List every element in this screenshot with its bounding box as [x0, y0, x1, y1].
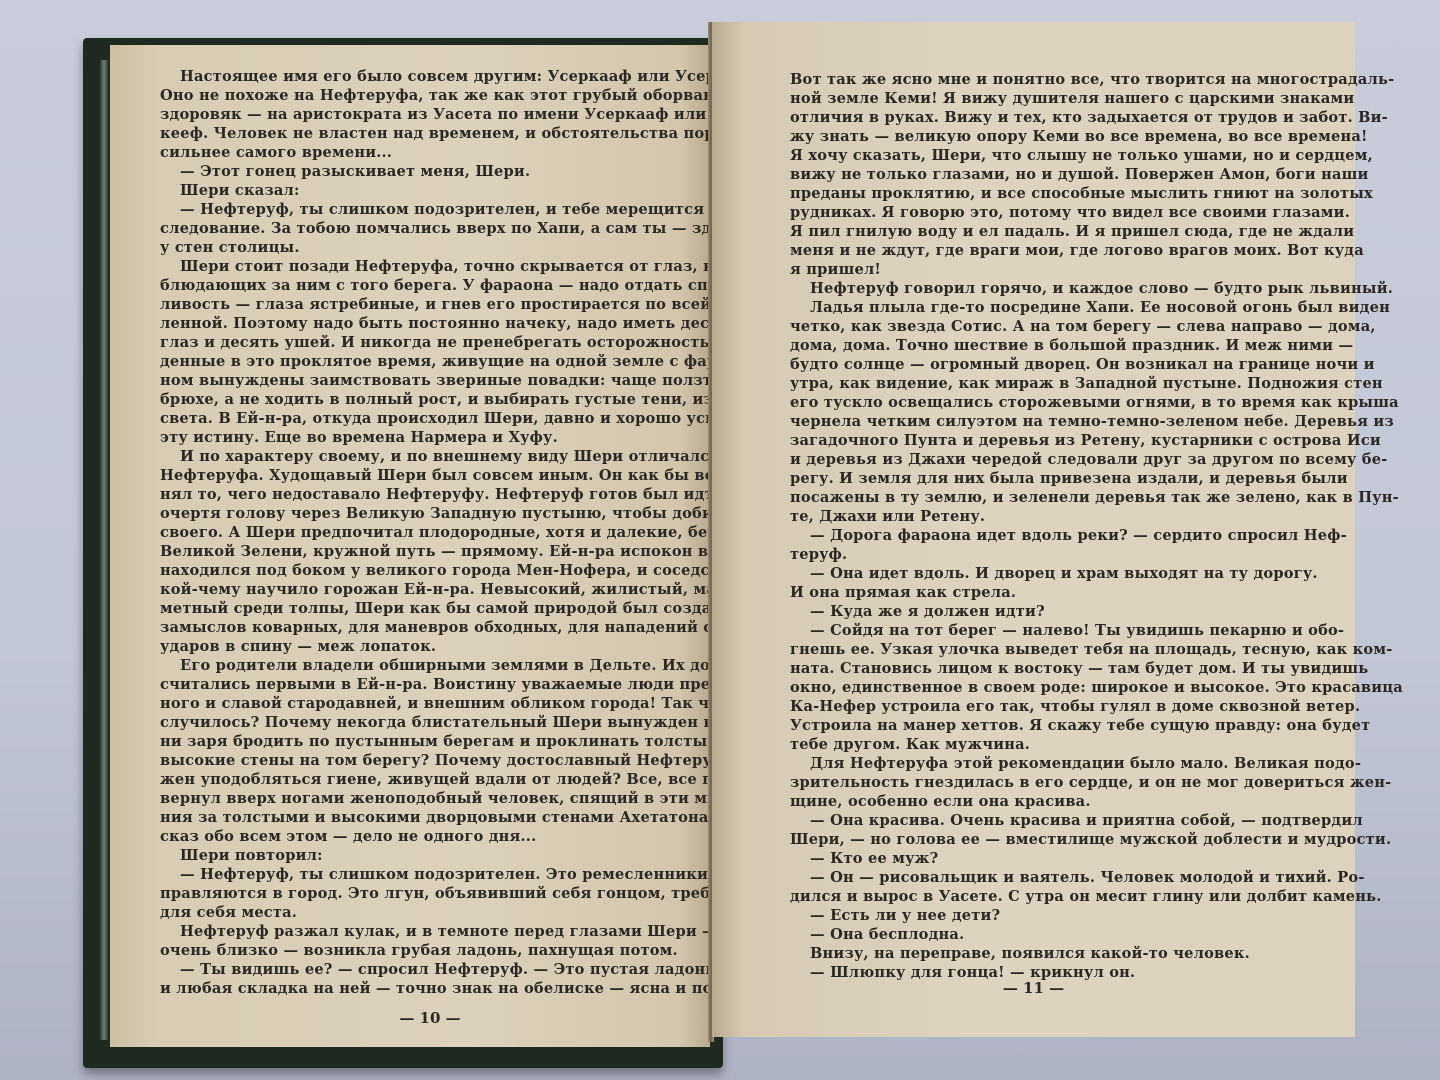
text-line: Ладья плыла где-то посредине Хапи. Ее но…	[790, 298, 1275, 317]
text-line: И она прямая как стрела.	[790, 583, 1275, 602]
text-line: рудниках. Я говорю это, потому что видел…	[790, 203, 1275, 222]
text-line: отличия в руках. Вижу и тех, кто задыхае…	[790, 108, 1275, 127]
text-line: Настоящее имя его было совсем другим: Ус…	[160, 67, 670, 86]
text-line: жен уподобляться гиене, живущей вдали от…	[160, 770, 670, 789]
text-line: Нефтеруф разжал кулак, и в темноте перед…	[160, 922, 670, 941]
text-line: те, Джахи или Ретену.	[790, 507, 1275, 526]
text-line: у стен столицы.	[160, 238, 670, 257]
text-line: — Ты видишь ее? — спросил Нефтеруф. — Эт…	[160, 960, 670, 979]
text-line: — Она идет вдоль. И дворец и храм выходя…	[790, 564, 1275, 583]
text-line: я пришел!	[790, 260, 1275, 279]
text-line: блюдающих за ним с того берега. У фараон…	[160, 276, 670, 295]
text-line: — Дорога фараона идет вдоль реки? — серд…	[790, 526, 1275, 545]
text-line: высокие стены на том берегу? Почему дост…	[160, 751, 670, 770]
text-line: кееф. Человек не властен над временем, и…	[160, 124, 670, 143]
text-line: — Она бесплодна.	[790, 925, 1275, 944]
text-line: замыслов коварных, для маневров обходных…	[160, 618, 670, 637]
text-line: — Есть ли у нее дети?	[790, 906, 1275, 925]
text-line: ной земле Кеми! Я вижу душителя нашего с…	[790, 89, 1275, 108]
text-line: ударов в спину — меж лопаток.	[160, 637, 670, 656]
text-line: считались первыми в Ей-н-ра. Воистину ув…	[160, 675, 670, 694]
text-line: очень близко — возникла грубая ладонь, п…	[160, 941, 670, 960]
text-line: — Этот гонец разыскивает меня, Шери.	[160, 162, 670, 181]
text-line: будто солнце — огромный дворец. Он возни…	[790, 355, 1275, 374]
text-line: Нефтеруфа. Худощавый Шери был совсем ины…	[160, 466, 670, 485]
text-line: здоровяк — на аристократа из Уасета по и…	[160, 105, 670, 124]
text-line: ном вынуждены заимствовать звериные пова…	[160, 371, 670, 390]
text-line: Оно не похоже на Нефтеруфа, так же как э…	[160, 86, 670, 105]
text-line: тебе другом. Как мужчина.	[790, 735, 1275, 754]
text-line: — Он — рисовальщик и ваятель. Человек мо…	[790, 868, 1275, 887]
text-line: ния за толстыми и высокими дворцовыми ст…	[160, 808, 670, 827]
text-line: Его родители владели обширными землями в…	[160, 656, 670, 675]
text-line: четко, как звезда Сотис. А на том берегу…	[790, 317, 1275, 336]
text-line: — Нефтеруф, ты слишком подозрителен, и т…	[160, 200, 670, 219]
text-line: сильнее самого времени...	[160, 143, 670, 162]
text-line: эту истину. Еще во времена Нармера и Хуф…	[160, 428, 670, 447]
text-line: и деревья из Джахи чередой следовали дру…	[790, 450, 1275, 469]
text-line: окно, единственное в своем роде: широкое…	[790, 678, 1275, 697]
text-line: брюхе, а не ходить в полный рост, и выби…	[160, 390, 670, 409]
page-number-left: — 10 —	[150, 1009, 710, 1027]
text-line: дома, дома. Точно шествие в большой праз…	[790, 336, 1275, 355]
text-line: И по характеру своему, и по внешнему вид…	[160, 447, 670, 466]
text-line: следование. За тобою помчались вверх по …	[160, 219, 670, 238]
text-line: Нефтеруф говорил горячо, и каждое слово …	[790, 279, 1275, 298]
text-line: очертя голову через Великую Западную пус…	[160, 504, 670, 523]
text-line: щине, особенно если она красива.	[790, 792, 1275, 811]
text-line: Вот так же ясно мне и понятно все, что т…	[790, 70, 1275, 89]
text-line: регу. И земля для них была привезена изд…	[790, 469, 1275, 488]
text-line: ната. Становись лицом к востоку — там бу…	[790, 659, 1275, 678]
text-line: преданы проклятию, и все способные мысли…	[790, 184, 1275, 203]
text-line: его тускло освещались сторожевыми огнями…	[790, 393, 1275, 412]
text-line: вернул вверх ногами женоподобный человек…	[160, 789, 670, 808]
text-line: Шери повторил:	[160, 846, 670, 865]
page-number-right: — 11 —	[712, 979, 1355, 997]
left-page: Настоящее имя его было совсем другим: Ус…	[110, 45, 710, 1047]
right-page: Вот так же ясно мне и понятно все, что т…	[712, 22, 1355, 1037]
text-line: Устроила на манер хеттов. Я скажу тебе с…	[790, 716, 1275, 735]
text-line: сказ обо всем этом — дело не одного дня.…	[160, 827, 670, 846]
text-line: загадочного Пунта и деревья из Ретену, к…	[790, 431, 1275, 450]
text-line: находился под боком у великого города Ме…	[160, 561, 670, 580]
text-line: дился и вырос в Уасете. С утра он месит …	[790, 887, 1275, 906]
text-line: Великой Зелени, кружной путь — прямому. …	[160, 542, 670, 561]
text-line: — Куда же я должен идти?	[790, 602, 1275, 621]
text-line: — Сойдя на тот берег — налево! Ты увидиш…	[790, 621, 1275, 640]
text-line: ленной. Поэтому надо быть постоянно наче…	[160, 314, 670, 333]
text-line: вижу не только глазами, но и душой. Пове…	[790, 165, 1275, 184]
text-line: ливость — глаза ястребиные, и гнев его п…	[160, 295, 670, 314]
text-line: Я хочу сказать, Шери, что слышу не тольк…	[790, 146, 1275, 165]
right-page-text: Вот так же ясно мне и понятно все, что т…	[790, 70, 1275, 982]
cover-spine-edge	[100, 60, 108, 1040]
text-line: кой-чему научило горожан Ей-н-ра. Невысо…	[160, 580, 670, 599]
text-line: гнешь ее. Узкая улочка выведет тебя на п…	[790, 640, 1275, 659]
text-line: посажены в ту землю, и зеленели деревья …	[790, 488, 1275, 507]
text-line: правляются в город. Это лгун, объявивший…	[160, 884, 670, 903]
text-line: жу знать — великую опору Кеми во все вре…	[790, 127, 1275, 146]
text-line: света. В Ей-н-ра, откуда происходил Шери…	[160, 409, 670, 428]
text-line: Шери, — но голова ее — вместилище мужско…	[790, 830, 1275, 849]
text-line: случилось? Почему некогда блистательный …	[160, 713, 670, 732]
text-line: Ка-Нефер устроила его так, чтобы гулял в…	[790, 697, 1275, 716]
text-line: меня и не ждут, где враги мои, где логов…	[790, 241, 1275, 260]
text-line: — Кто ее муж?	[790, 849, 1275, 868]
text-line: ного и славой стародавней, и внешним обл…	[160, 694, 670, 713]
text-line: ни заря бродить по пустынным берегам и п…	[160, 732, 670, 751]
text-line: Внизу, на переправе, появился какой-то ч…	[790, 944, 1275, 963]
text-line: Для Нефтеруфа этой рекомендации было мал…	[790, 754, 1275, 773]
text-line: глаз и десять ушей. И никогда не пренебр…	[160, 333, 670, 352]
text-line: теруф.	[790, 545, 1275, 564]
text-line: чернела четким силуэтом на темно-темно-з…	[790, 412, 1275, 431]
text-line: — Нефтеруф, ты слишком подозрителен. Это…	[160, 865, 670, 884]
text-line: утра, как видение, как мираж в Западной …	[790, 374, 1275, 393]
text-line: нял то, чего недоставало Нефтеруфу. Нефт…	[160, 485, 670, 504]
text-line: метный среди толпы, Шери как бы самой пр…	[160, 599, 670, 618]
text-line: для себя места.	[160, 903, 670, 922]
text-line: и любая складка на ней — точно знак на о…	[160, 979, 670, 998]
left-page-text: Настоящее имя его было совсем другим: Ус…	[160, 67, 670, 998]
text-line: Шери сказал:	[160, 181, 670, 200]
text-line: денные в это проклятое время, живущие на…	[160, 352, 670, 371]
text-line: — Она красива. Очень красива и приятна с…	[790, 811, 1275, 830]
text-line: Я пил гнилую воду и ел падаль. И я прише…	[790, 222, 1275, 241]
text-line: своего. А Шери предпочитал плодородные, …	[160, 523, 670, 542]
text-line: Шери стоит позади Нефтеруфа, точно скрыв…	[160, 257, 670, 276]
text-line: зрительность гнездилась в его сердце, и …	[790, 773, 1275, 792]
